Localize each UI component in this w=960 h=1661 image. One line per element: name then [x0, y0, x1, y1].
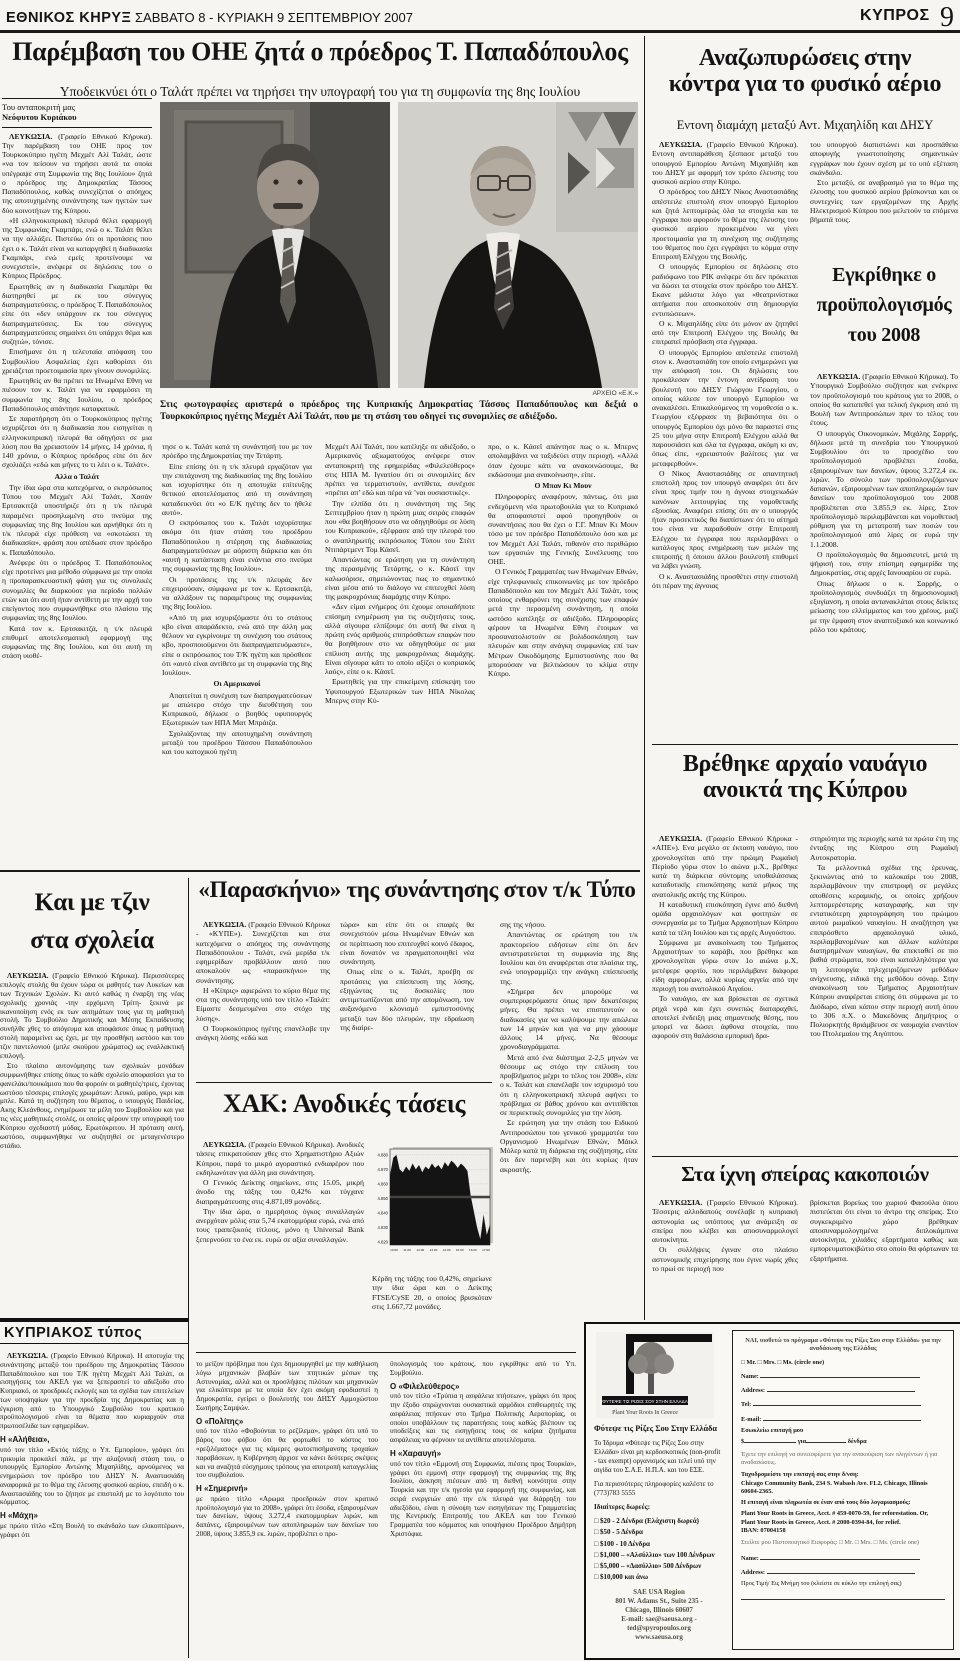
coupon-trees-field: [806, 1435, 846, 1443]
paragraph: □ $50 - 5 Δένδρα: [594, 1528, 724, 1537]
shipwreck-column-1-text: ΛΕΥΚΩΣΙΑ. (Γραφείο Εθνικού Κήρυκα - «ΑΠΕ…: [652, 834, 798, 1041]
gas-headline-line2: κόντρα για το φυσικό αέριο: [652, 72, 958, 98]
paragraph: Σύμφωνα με ανακοίνωση του Τμήματος Αρχαι…: [652, 938, 798, 994]
coupon-address2-field: [767, 1566, 915, 1574]
paragraph: Την ίδια ώρα στα κατεχόμενα, ο εκπρόσωπο…: [2, 483, 152, 557]
paragraph: Μεχμέτ Αλί Ταλάτ, που κατέληξε σε αδιέξο…: [325, 442, 475, 498]
svg-text:17:00: 17:00: [482, 1248, 490, 1252]
gang-column-2: βρίσκεται βορείως του χωριού Φασούλα όπο…: [810, 1198, 958, 1312]
shipwreck-column-2: στηριότητα της περιοχής κατά τα πρώτα έτ…: [810, 834, 958, 1152]
svg-text:13:00: 13:00: [430, 1248, 438, 1252]
press-column-3: ϋπολογισμός του κράτους, που εγκρίθηκε α…: [390, 1360, 576, 1658]
coupon-address-field: [767, 1384, 915, 1392]
svg-text:4.840: 4.840: [378, 1211, 389, 1216]
budget-body: ΛΕΥΚΩΣΙΑ. (Γραφείο Εθνικού Κήρυκα). Το Υ…: [810, 372, 958, 736]
coupon-tel-label: Tel:: [741, 1401, 751, 1408]
paragraph: Ο εκπρόσωπος του κ. Ταλάτ ισχυρίστηκε ακ…: [162, 518, 312, 574]
paragraph: ΛΕΥΚΩΣΙΑ. (Γραφείο Εθνικού Κήρυκα). Την …: [2, 132, 152, 215]
header-rule: [0, 30, 960, 33]
gas-headline-line1: Αναζωπυρώσεις στην: [652, 46, 958, 72]
paragraph: Ο «Πολίτης»: [196, 1417, 378, 1427]
paragraph: Η «Σημερινή»: [196, 1484, 378, 1494]
paragraph: Η καταδυτική επισκόπηση έγινε από διεθνή…: [652, 900, 798, 937]
paragraph: ΛΕΥΚΩΣΙΑ. (Γραφείο Εθνικού Κήρυκα). Ανοδ…: [196, 1140, 364, 1177]
svg-text:14:00: 14:00: [443, 1248, 451, 1252]
paragraph: Ο Μπαν Κι Μουν: [488, 481, 638, 490]
coupon-address-label: Address:: [741, 1387, 765, 1394]
paragraph: ΛΕΥΚΩΣΙΑ. (Γραφείο Εθνικού Κήρυκα). Περι…: [0, 972, 184, 1061]
coupon-amount-field: [744, 1435, 796, 1443]
gas-column-2-text: του υπουργού διαπιστώνει και προσπάθεια …: [810, 140, 958, 224]
svg-text:4.860: 4.860: [378, 1181, 389, 1186]
xak-column-1-text: ΛΕΥΚΩΣΙΑ. (Γραφείο Εθνικού Κήρυκα). Ανοδ…: [196, 1140, 364, 1244]
paragraph: Ο Γενικός Δείκτης σημείωνε, στις 15.05, …: [196, 1178, 364, 1206]
paragraph: Σε ερώτηση για την στάση του Ειδικού Αντ…: [500, 1118, 638, 1174]
ad-donations-label: Ιδιαίτερες δωρεές:: [594, 1503, 724, 1512]
xak-top-rule: [196, 1082, 492, 1083]
coupon-memory-field: [741, 1592, 945, 1600]
paragraph: Πληροφορίες αναφέρουν, πάντως, ότι μια ε…: [488, 492, 638, 566]
budget-headline: Εγκρίθηκε ο προϋπολογισμός του 2008: [810, 260, 958, 350]
paraskinio-column-3-text: σης της νήσου.Απαντώντας σε ερώτηση του …: [500, 920, 638, 1174]
shipwreck-headline: Βρέθηκε αρχαίο ναυάγιο ανοικτά της Κύπρο…: [652, 752, 958, 804]
main-headline: Παρέμβαση του ΟΗΕ ζητά ο πρόεδρος Τ. Παπ…: [0, 38, 640, 66]
svg-text:12:00: 12:00: [416, 1248, 424, 1252]
byline-prefix: Του ανταποκριτή μας: [2, 102, 152, 112]
paragraph: υπό τον τίτλο «Φοβούνται το ρεζίλεμα», γ…: [196, 1427, 378, 1480]
paragraph: «Δεν είμαι ενήμερος ότι έχουμε οποιαδήπο…: [325, 602, 475, 676]
paragraph: Η «Χαραυγή»: [390, 1449, 576, 1459]
paragraph: www.saeusa.org: [594, 1633, 724, 1642]
budget-body-text: ΛΕΥΚΩΣΙΑ. (Γραφείο Εθνικού Κήρυκα). Το Υ…: [810, 372, 958, 634]
paragraph: Chicago, Illinois 60607: [594, 1606, 724, 1615]
paragraph: Μετά από ένα διάστημα 2-2,5 μηνών να θέσ…: [500, 1053, 638, 1118]
chart-y-axis-labels: 4.8804.8704.8604.8504.8404.8304.820: [378, 1152, 389, 1244]
svg-text:11:00: 11:00: [403, 1248, 411, 1252]
photo-papadopoulos: [160, 102, 390, 388]
paragraph: SAE USA Region: [594, 1588, 724, 1597]
gang-column-2-text: βρίσκεται βορείως του χωριού Φασούλα όπο…: [810, 1198, 958, 1263]
jeans-body-text: ΛΕΥΚΩΣΙΑ. (Γραφείο Εθνικού Κήρυκα). Περι…: [0, 972, 184, 1151]
paragraph: Οι προτάσεις της τ/κ πλευράς δεν επιχειρ…: [162, 575, 312, 612]
shipwreck-headline-line2: ανοικτά της Κύπρου: [652, 778, 958, 804]
logo-english-text: Plant Your Roots In Greece: [612, 1410, 678, 1416]
main-column-2: τησε ο κ. Ταλάτ κατά τη συνάντησή του με…: [162, 442, 312, 866]
byline-name: Νεόφυτου Κυριάκου: [2, 112, 152, 122]
paragraph: Οι Αμερικανοί: [162, 679, 312, 688]
ad-phone: Για περισσότερες πληροφορίες καλέστε το …: [594, 1480, 724, 1498]
jeans-body: ΛΕΥΚΩΣΙΑ. (Γραφείο Εθνικού Κήρυκα). Περι…: [0, 972, 184, 1312]
paragraph: Σχολιάζοντας την αποτυχημένη συνάντηση μ…: [162, 729, 312, 757]
paragraph: Ο προϋπολογισμός θα δημοσιευτεί, μετά τη…: [810, 550, 958, 578]
press-column-3-text: ϋπολογισμός του κράτους, που εγκρίθηκε α…: [390, 1360, 576, 1539]
paragraph: Την ελπίδα ότι η συνάντηση της 5ης Σεπτε…: [325, 499, 475, 555]
page-number: 9: [940, 2, 954, 33]
photo-credit: ΑΡΧΕΙΟ «Ε.Κ.»: [480, 390, 638, 397]
svg-text:15:00: 15:00: [456, 1248, 464, 1252]
paragraph: Οι συλλήψεις έγιναν στο πλαίσιο αστυνομι…: [652, 1245, 798, 1273]
paragraph: Ο Τουρκοκύπριος ηγέτης επανέλαβε την ανά…: [196, 1024, 330, 1043]
right-rule-2: [652, 1156, 958, 1157]
paragraph: Κέρδη της τάξης του 0,42%, σημείωνε την …: [372, 1274, 492, 1311]
paragraph: Ερωτηθείς αν η διαδικασία Γκαμπάρι θα δι…: [2, 282, 152, 347]
coupon-title: ΝΑΙ, υιοθετώ το πρόγραμα «Φύτεψε τις Ρίζ…: [741, 1337, 945, 1354]
paragraph: 801 W. Adams St., Suite 235 -: [594, 1597, 724, 1606]
geometric-artwork: [556, 102, 638, 232]
paragraph: Οπως είπε ο κ. Ταλάτ, προέβη σε προτάσει…: [340, 967, 474, 1032]
paragraph: Ο «Φιλελεύθερος»: [390, 1382, 576, 1392]
paragraph: «Από τη μια ισχυριζόμαστε ότι το στάτους…: [162, 613, 312, 678]
paragraph: □ $10,000 και άνω: [594, 1573, 724, 1582]
coupon-email-field: [763, 1413, 921, 1421]
paragraph: ϋπολογισμός του κράτους, που εγκρίθηκε α…: [390, 1360, 576, 1378]
paragraph: □ $20 - 2 Δένδρα (Ελάχιστη δωρεά): [594, 1517, 724, 1526]
paragraph: Η «Κίπρις» αφιερώνει το κύριο θέμα της σ…: [196, 986, 330, 1023]
paragraph: σης της νήσου.: [500, 920, 638, 929]
paragraph: Το ναυάγιο, αν και βρίσκεται σε σχετικά …: [652, 994, 798, 1040]
svg-text:10:00: 10:00: [390, 1248, 398, 1252]
main-column-1: Του ανταποκριτή μας Νεόφυτου Κυριάκου ΛΕ…: [2, 98, 152, 868]
paragraph: Ο κ. Αναστασιάδης προσθέτει στην επιστολ…: [652, 572, 798, 591]
press-section-header: ΚΥΠΡΙΑΚΟΣ τύπος: [0, 1318, 188, 1344]
paragraph: Την ίδια ώρα, ο ημερήσιος όγκος συναλλαγ…: [196, 1207, 364, 1244]
paragraph: Αλλα ο Ταλάτ: [2, 472, 152, 481]
stock-index-chart: 4.8804.8704.8604.8504.8404.8304.820 10:0…: [372, 1134, 494, 1268]
main-column-4: προ, ο κ. Κάσεϊ απάντησε πως ο κ. Μπερνς…: [488, 442, 638, 866]
press-column-1: ΛΕΥΚΩΣΙΑ. (Γραφείο Εθνικού Κήρυκα). Η απ…: [0, 1352, 184, 1658]
paragraph: Απαντώντας σε ερώτηση για τη συνάντηση τ…: [325, 555, 475, 601]
paragraph: Ο κ. Μιχαηλίδης είπε ότι μόνον αν ζητηθε…: [652, 319, 798, 347]
xak-column-2-text: Κέρδη της τάξης του 0,42%, σημείωνε την …: [372, 1274, 492, 1311]
coupon-address2-label: Address:: [741, 1569, 765, 1576]
paragraph: Ανέφερε ότι ο πρόεδρος Τ. Παπαδόπουλος ε…: [2, 558, 152, 623]
paragraph: Στο πλαίσιο αυτονόμησης των σχολικών μον…: [0, 1062, 184, 1151]
coupon-payable-label: Η επιταγή είναι πληρωτέα σε έναν από του…: [741, 1499, 911, 1506]
coupon-certificate-line: Στείλτε μου Πιστοποιητικό Εισφοράς: □ Mr…: [741, 1539, 945, 1547]
paragraph: προ, ο κ. Κάσεϊ απάντησε πως ο κ. Μπερνς…: [488, 442, 638, 479]
budget-headline-line3: του 2008: [810, 320, 958, 350]
coupon-name2-label: Name:: [741, 1555, 759, 1562]
paragraph: με πρώτο τίτλο «Στη Βουλή το σκάνδαλο τω…: [0, 1522, 184, 1540]
shipwreck-column-2-text: στηριότητα της περιοχής κατά τα πρώτα έτ…: [810, 834, 958, 1039]
main-column-1-text: ΛΕΥΚΩΣΙΑ. (Γραφείο Εθνικού Κήρυκα). Την …: [2, 132, 152, 661]
paragraph: με πρώτο τίτλο «Αρωμα προεδρικών στον κρ…: [196, 1495, 378, 1539]
coupon-note: Έχετε την επιλογή να συνεισφέρετε για τη…: [741, 1451, 945, 1468]
byline: Του ανταποκριτή μας Νεόφυτου Κυριάκου: [2, 98, 152, 128]
xak-column-1: ΛΕΥΚΩΣΙΑ. (Γραφείο Εθνικού Κήρυκα). Ανοδ…: [196, 1140, 364, 1348]
photo-talat: [398, 102, 638, 388]
svg-text:4.850: 4.850: [378, 1196, 389, 1201]
paragraph: Ο Γενικός Γραμματέας των Ηνωμένων Εθνών,…: [488, 567, 638, 678]
gas-column-1: ΛΕΥΚΩΣΙΑ. (Γραφείο Εθνικού Κήρυκα). Εντο…: [652, 140, 798, 734]
paraskinio-column-2-text: τώρα» και είπε ότι οι επαφές θα συνεχιστ…: [340, 920, 474, 1032]
paragraph: Ο υπουργός Εμπορίου σε δηλώσεις στο ραδι…: [652, 262, 798, 318]
coupon-bank-address: Chicago Community Bank, 234 S. Wabash Av…: [741, 1480, 928, 1495]
paragraph: βρίσκεται βορείως του χωριού Φασούλα όπο…: [810, 1198, 958, 1263]
gas-column-1-text: ΛΕΥΚΩΣΙΑ. (Γραφείο Εθνικού Κήρυκα). Εντο…: [652, 140, 798, 590]
paragraph: □ $1,000 – «Αλσύλλιο» των 100 Δένδρων: [594, 1551, 724, 1560]
gas-subheadline: Εντονη διαμάχη μεταξύ Αντ. Μιχαηλίδη και…: [652, 118, 958, 133]
coupon-account-2: Plant Your Roots in Greece, Acct. # 2000…: [741, 1519, 901, 1526]
xak-bottom-rule: [196, 1352, 576, 1353]
paragraph: □ $100 - 10 Δένδρα: [594, 1540, 724, 1549]
paragraph: Ο υπουργός Οικονομικών, Μιχάλης Σαρρής, …: [810, 429, 958, 549]
coupon-email-label: E-mail:: [741, 1416, 761, 1423]
main-column-3: Μεχμέτ Αλί Ταλάτ, που κατέληξε σε αδιέξο…: [325, 442, 475, 866]
ad-heading: Φύτεψε τις Ρίζες Σου Στην Ελλάδα: [594, 1424, 724, 1435]
masthead-date: ΣΑΒΒΑΤΟ 8 - ΚΥΡΙΑΚΗ 9 ΣΕΠΤΕΜΒΡΙΟΥ 2007: [135, 10, 413, 25]
coupon-name-field: [760, 1370, 920, 1378]
press-column-2-text: το μείζον πρόβλημα που έχει δημιουργηθεί…: [196, 1360, 378, 1539]
coupon-account-1: Plant Your Roots in Greece, Acct. # 459-…: [741, 1510, 928, 1517]
paragraph: ΛΕΥΚΩΣΙΑ. (Γραφείο Εθνικού Κήρυκα). Εντο…: [652, 140, 798, 186]
paraskinio-column-1-text: ΛΕΥΚΩΣΙΑ. (Γραφείο Εθνικού Κήρυκα - «ΚΥΠ…: [196, 920, 330, 1042]
paragraph: στηριότητα της περιοχής κατά τα πρώτα έτ…: [810, 834, 958, 862]
gas-column-2: του υπουργού διαπιστώνει και προσπάθεια …: [810, 140, 958, 252]
paragraph: Σε παρατήρηση ότι ο Τουρκοκύπριος ηγέτης…: [2, 414, 152, 470]
coupon-trees-label: δένδρα: [848, 1438, 867, 1445]
shipwreck-headline-line1: Βρέθηκε αρχαίο ναυάγιο: [652, 752, 958, 778]
budget-headline-line1: Εγκρίθηκε ο: [810, 260, 958, 290]
section-label: ΚΥΠΡΟΣ: [860, 7, 930, 24]
main-column-4-text: προ, ο κ. Κάσεϊ απάντησε πως ο κ. Μπερνς…: [488, 442, 638, 678]
paragraph: τησε ο κ. Ταλάτ κατά τη συνάντησή του με…: [162, 442, 312, 461]
paragraph: «Η ελληνοκυπριακή πλευρά θέλει εφαρμογή …: [2, 216, 152, 281]
xak-column-2: Κέρδη της τάξης του 0,42%, σημείωνε την …: [372, 1274, 492, 1348]
newspaper-page: ΕΘΝΙΚΟΣ ΚΗΡΥΞ ΣΑΒΒΑΤΟ 8 - ΚΥΡΙΑΚΗ 9 ΣΕΠΤ…: [0, 0, 960, 1661]
ad-coupon-form: ΝΑΙ, υιοθετώ το πρόγραμα «Φύτεψε τις Ρίζ…: [732, 1330, 954, 1650]
paragraph: Ο Νίκος Αναστασιάδης σε απαντητική επιστ…: [652, 469, 798, 571]
logo-greek-text: ΦΥΤΕΨΕ ΤΙΣ ΡΙΖΕΣ ΣΟΥ ΣΤΗΝ ΕΛΛΑΔΑ: [602, 1399, 688, 1404]
svg-text:4.820: 4.820: [378, 1240, 389, 1245]
paragraph: ΛΕΥΚΩΣΙΑ. (Γραφείο Εθνικού Κήρυκα - «ΚΥΠ…: [196, 920, 330, 985]
coupon-name-label: Name:: [741, 1373, 759, 1380]
shipwreck-column-1: ΛΕΥΚΩΣΙΑ. (Γραφείο Εθνικού Κήρυκα - «ΑΠΕ…: [652, 834, 798, 1152]
budget-headline-line2: προϋπολογισμός: [810, 290, 958, 320]
paragraph: υπό τον τίτλο «Τρύπια η ασφάλεια πτήσεων…: [390, 1392, 576, 1445]
coupon-iban: IBAN: 07004158: [741, 1527, 786, 1534]
svg-text:4.870: 4.870: [378, 1167, 389, 1172]
paragraph: E-mail: sae@saeusa.org -: [594, 1615, 724, 1624]
paragraph: τώρα» και είπε ότι οι επαφές θα συνεχιστ…: [340, 920, 474, 966]
paragraph: Ερωτηθείς αν θα πρέπει τα Ηνωμένα Εθνη ν…: [2, 376, 152, 413]
svg-text:16:00: 16:00: [469, 1248, 477, 1252]
photo-caption: Στις φωτογραφίες αριστερά ο πρόεδρος της…: [160, 400, 638, 436]
paragraph: Ο υπουργός Εμπορίου απέστειλε επιστολή σ…: [652, 348, 798, 468]
main-column-3-text: Μεχμέτ Αλί Ταλάτ, που κατέληξε σε αδιέξο…: [325, 442, 475, 705]
paragraph: Κατά τον κ. Ερτσακιτζά, η τ/κ πλευρά επι…: [2, 624, 152, 661]
paragraph: Ερωτηθείς για την επικείμενη επίσκεψη το…: [325, 677, 475, 705]
paragraph: □ $5,000 – «Δασύλλιο» 500 Δένδρων: [594, 1562, 724, 1571]
gas-headline: Αναζωπυρώσεις στην κόντρα για το φυσικό …: [652, 46, 958, 98]
coupon-memory-line: Προς Τιμή/ Εις Μνήμη του (κλείστε σε κύκ…: [741, 1580, 945, 1588]
coupon-for-label: για: [798, 1438, 806, 1445]
paraskinio-column-1: ΛΕΥΚΩΣΙΑ. (Γραφείο Εθνικού Κήρυκα - «ΚΥΠ…: [196, 920, 330, 1078]
paragraph: ted@spyropoulos.org: [594, 1624, 724, 1633]
paragraph: υπό τον τίτλο «Εκτός τάξης ο Υπ. Εμπορίο…: [0, 1446, 184, 1507]
paragraph: υπό τον τίτλο «Εμμονή στη Συμφωνία, πιέσ…: [390, 1460, 576, 1539]
coupon-tel-field: [753, 1398, 921, 1406]
svg-text:4.830: 4.830: [378, 1225, 389, 1230]
paragraph: Στο μεταξύ, σε αναβρασμό για το θέμα της…: [810, 178, 958, 224]
paragraph: Απαντώντας σε ερώτηση του τ/κ πρακτορείο…: [500, 930, 638, 986]
vertical-divider-main: [644, 36, 645, 1320]
paragraph: ΛΕΥΚΩΣΙΑ. (Γραφείο Εθνικού Κήρυκα). Το Υ…: [810, 372, 958, 428]
paragraph: ΛΕΥΚΩΣΙΑ. (Γραφείο Εθνικού Κήρυκα). Τέσσ…: [652, 1198, 798, 1244]
ad-intro: Το Ίδρυμα «Φύτεψε τις Ρίζες Σου στην Ελλ…: [594, 1439, 724, 1475]
ad-donation-options: □ $20 - 2 Δένδρα (Ελάχιστη δωρεά)□ $50 -…: [594, 1517, 724, 1582]
tree-logo-icon: ΦΥΤΕΨΕ ΤΙΣ ΡΙΖΕΣ ΣΟΥ ΣΤΗΝ ΕΛΛΑΔΑ Plant Y…: [596, 1332, 714, 1418]
main-column-2-text: τησε ο κ. Ταλάτ κατά τη συνάντησή του με…: [162, 442, 312, 756]
paragraph: «Σήμερα δεν μπορούμε να συμπεριφερόμαστε…: [500, 987, 638, 1052]
paragraph: Τα μελλοντικά σχέδια της έρευνας, ξεκινώ…: [810, 863, 958, 1039]
paragraph: Η «Αλήθεια»,: [0, 1435, 184, 1445]
chart-x-axis-labels: 10:0011:0012:0013:0014:0015:0016:0017:00: [390, 1248, 490, 1252]
paragraph: ΛΕΥΚΩΣΙΑ. (Γραφείο Εθνικού Κήρυκα - «ΑΠΕ…: [652, 834, 798, 899]
xak-headline: ΧΑΚ: Ανοδικές τάσεις: [196, 1090, 492, 1118]
svg-text:4.880: 4.880: [378, 1152, 389, 1157]
ad-left-column: Φύτεψε τις Ρίζες Σου Στην Ελλάδα Το Ίδρυ…: [594, 1424, 724, 1652]
gang-headline: Στα ίχνη σπείρας κακοποιών: [652, 1163, 958, 1186]
paragraph: το μείζον πρόβλημα που έχει δημιουργηθεί…: [196, 1360, 378, 1413]
vertical-divider-left: [188, 878, 189, 1658]
gang-column-1: ΛΕΥΚΩΣΙΑ. (Γραφείο Εθνικού Κήρυκα). Τέσσ…: [652, 1198, 798, 1312]
gang-column-1-text: ΛΕΥΚΩΣΙΑ. (Γραφείο Εθνικού Κήρυκα). Τέσσ…: [652, 1198, 798, 1273]
jeans-headline: Και με τζιν στα σχολεία: [0, 884, 184, 959]
paragraph: Η «Μάχη»: [0, 1511, 184, 1521]
press-column-1-text: ΛΕΥΚΩΣΙΑ. (Γραφείο Εθνικού Κήρυκα). Η απ…: [0, 1352, 184, 1540]
paragraph: ΛΕΥΚΩΣΙΑ. (Γραφείο Εθνικού Κήρυκα). Η απ…: [0, 1352, 184, 1431]
masthead: ΕΘΝΙΚΟΣ ΚΗΡΥΞ ΣΑΒΒΑΤΟ 8 - ΚΥΡΙΑΚΗ 9 ΣΕΠΤ…: [6, 10, 413, 26]
paraskinio-column-3: σης της νήσου.Απαντώντας σε ερώτηση του …: [500, 920, 638, 1266]
paraskinio-headline: «Παρασκήνιο» της συνάντησης στον τ/κ Τύπ…: [196, 878, 638, 903]
paragraph: Απαιτείται η συνέχιση των διαπραγματεύσε…: [162, 691, 312, 728]
coupon-mail-label: Ταχυδρομείστε την επιταγή σας στην δ/νση…: [741, 1471, 859, 1478]
paragraph: Είπε επίσης ότι η τ/κ πλευρά εργαζόταν γ…: [162, 462, 312, 518]
coupon-salutation: □ Mr. □ Mrs. □ Ms. (circle one): [741, 1359, 824, 1366]
main-bottom-rule: [0, 870, 640, 872]
paragraph: Οπως δήλωσε ο κ. Σαρρής, ο προϋπολογισμό…: [810, 579, 958, 635]
jeans-headline-line1: Και με τζιν: [0, 884, 184, 922]
masthead-title: ΕΘΝΙΚΟΣ ΚΗΡΥΞ: [6, 10, 131, 26]
coupon-name2-field: [760, 1552, 920, 1560]
ad-sae-address: SAE USA Region801 W. Adams St., Suite 23…: [594, 1588, 724, 1643]
jeans-headline-line2: στα σχολεία: [0, 922, 184, 960]
coupon-enclose-label: Εσωκλείω επιταγή μου: [741, 1427, 803, 1434]
paragraph: Ο πρόεδρος του ΔΗΣΥ Νίκος Αναστασιάδης α…: [652, 187, 798, 261]
press-column-2: το μείζον πρόβλημα που έχει δημιουργηθεί…: [196, 1360, 378, 1658]
paraskinio-column-2: τώρα» και είπε ότι οι επαφές θα συνεχιστ…: [340, 920, 474, 1078]
right-rule-1: [652, 744, 958, 745]
paragraph: του υπουργού διαπιστώνει και προσπάθεια …: [810, 140, 958, 177]
paragraph: Επισήμανε ότι η τελευταία απόφαση του Συ…: [2, 347, 152, 375]
reforestation-ad: ΦΥΤΕΨΕ ΤΙΣ ΡΙΖΕΣ ΣΟΥ ΣΤΗΝ ΕΛΛΑΔΑ Plant Y…: [584, 1322, 960, 1660]
